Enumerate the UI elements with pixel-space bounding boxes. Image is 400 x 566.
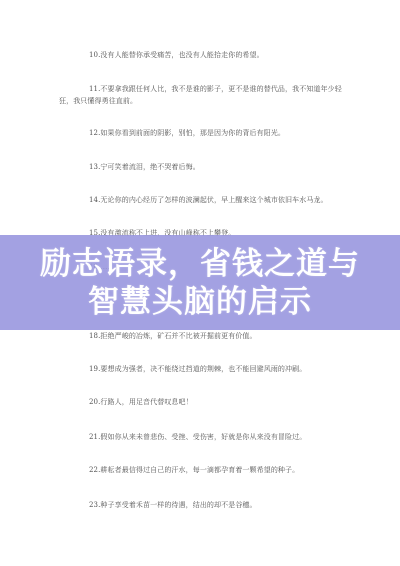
banner-title-line-2: 智慧头脑的启示 (88, 283, 312, 321)
list-item-continuation: 狂，我只懂得勇往直前。 (59, 96, 137, 106)
list-item: 13.宁可笑着流泪，绝不哭着后悔。 (89, 162, 200, 172)
list-item: 14.无论你的内心经历了怎样的波澜起伏，早上醒来这个城市依旧车水马龙。 (89, 195, 328, 205)
list-item: 12.如果你看到前面的阴影，别怕，那是因为你的背后有阳光。 (89, 128, 285, 138)
list-item: 22.耕耘者最信得过自己的汗水，每一滴都孕育着一颗希望的种子。 (89, 465, 299, 475)
banner-title-line-1: 励志语录，省钱之道与 (40, 245, 360, 283)
title-banner: 励志语录，省钱之道与 智慧头脑的启示 (0, 235, 400, 330)
list-item: 21.假如你从来未曾悲伤、受挫、受伤害，好就是你从来没有冒险过。 (89, 432, 306, 442)
list-item: 18.拒绝严峻的冶炼，矿石并不比被开掘前更有价值。 (89, 331, 257, 341)
list-item: 23.种子享受着禾苗一样的待遇，结出的却不是谷穗。 (89, 500, 257, 510)
list-item: 19.要想成为强者，决不能绕过挡道的荆棘，也不能回避风雨的冲刷。 (89, 364, 306, 374)
list-item: 20.行路人，用足音代替叹息吧！ (89, 397, 193, 407)
list-item: 10.没有人能替你承受痛苦，也没有人能拾走你的希望。 (89, 50, 264, 60)
list-item: 11.不要拿我跟任何人比，我不是谁的影子，更不是谁的替代品，我不知道年少轻 (89, 84, 342, 94)
